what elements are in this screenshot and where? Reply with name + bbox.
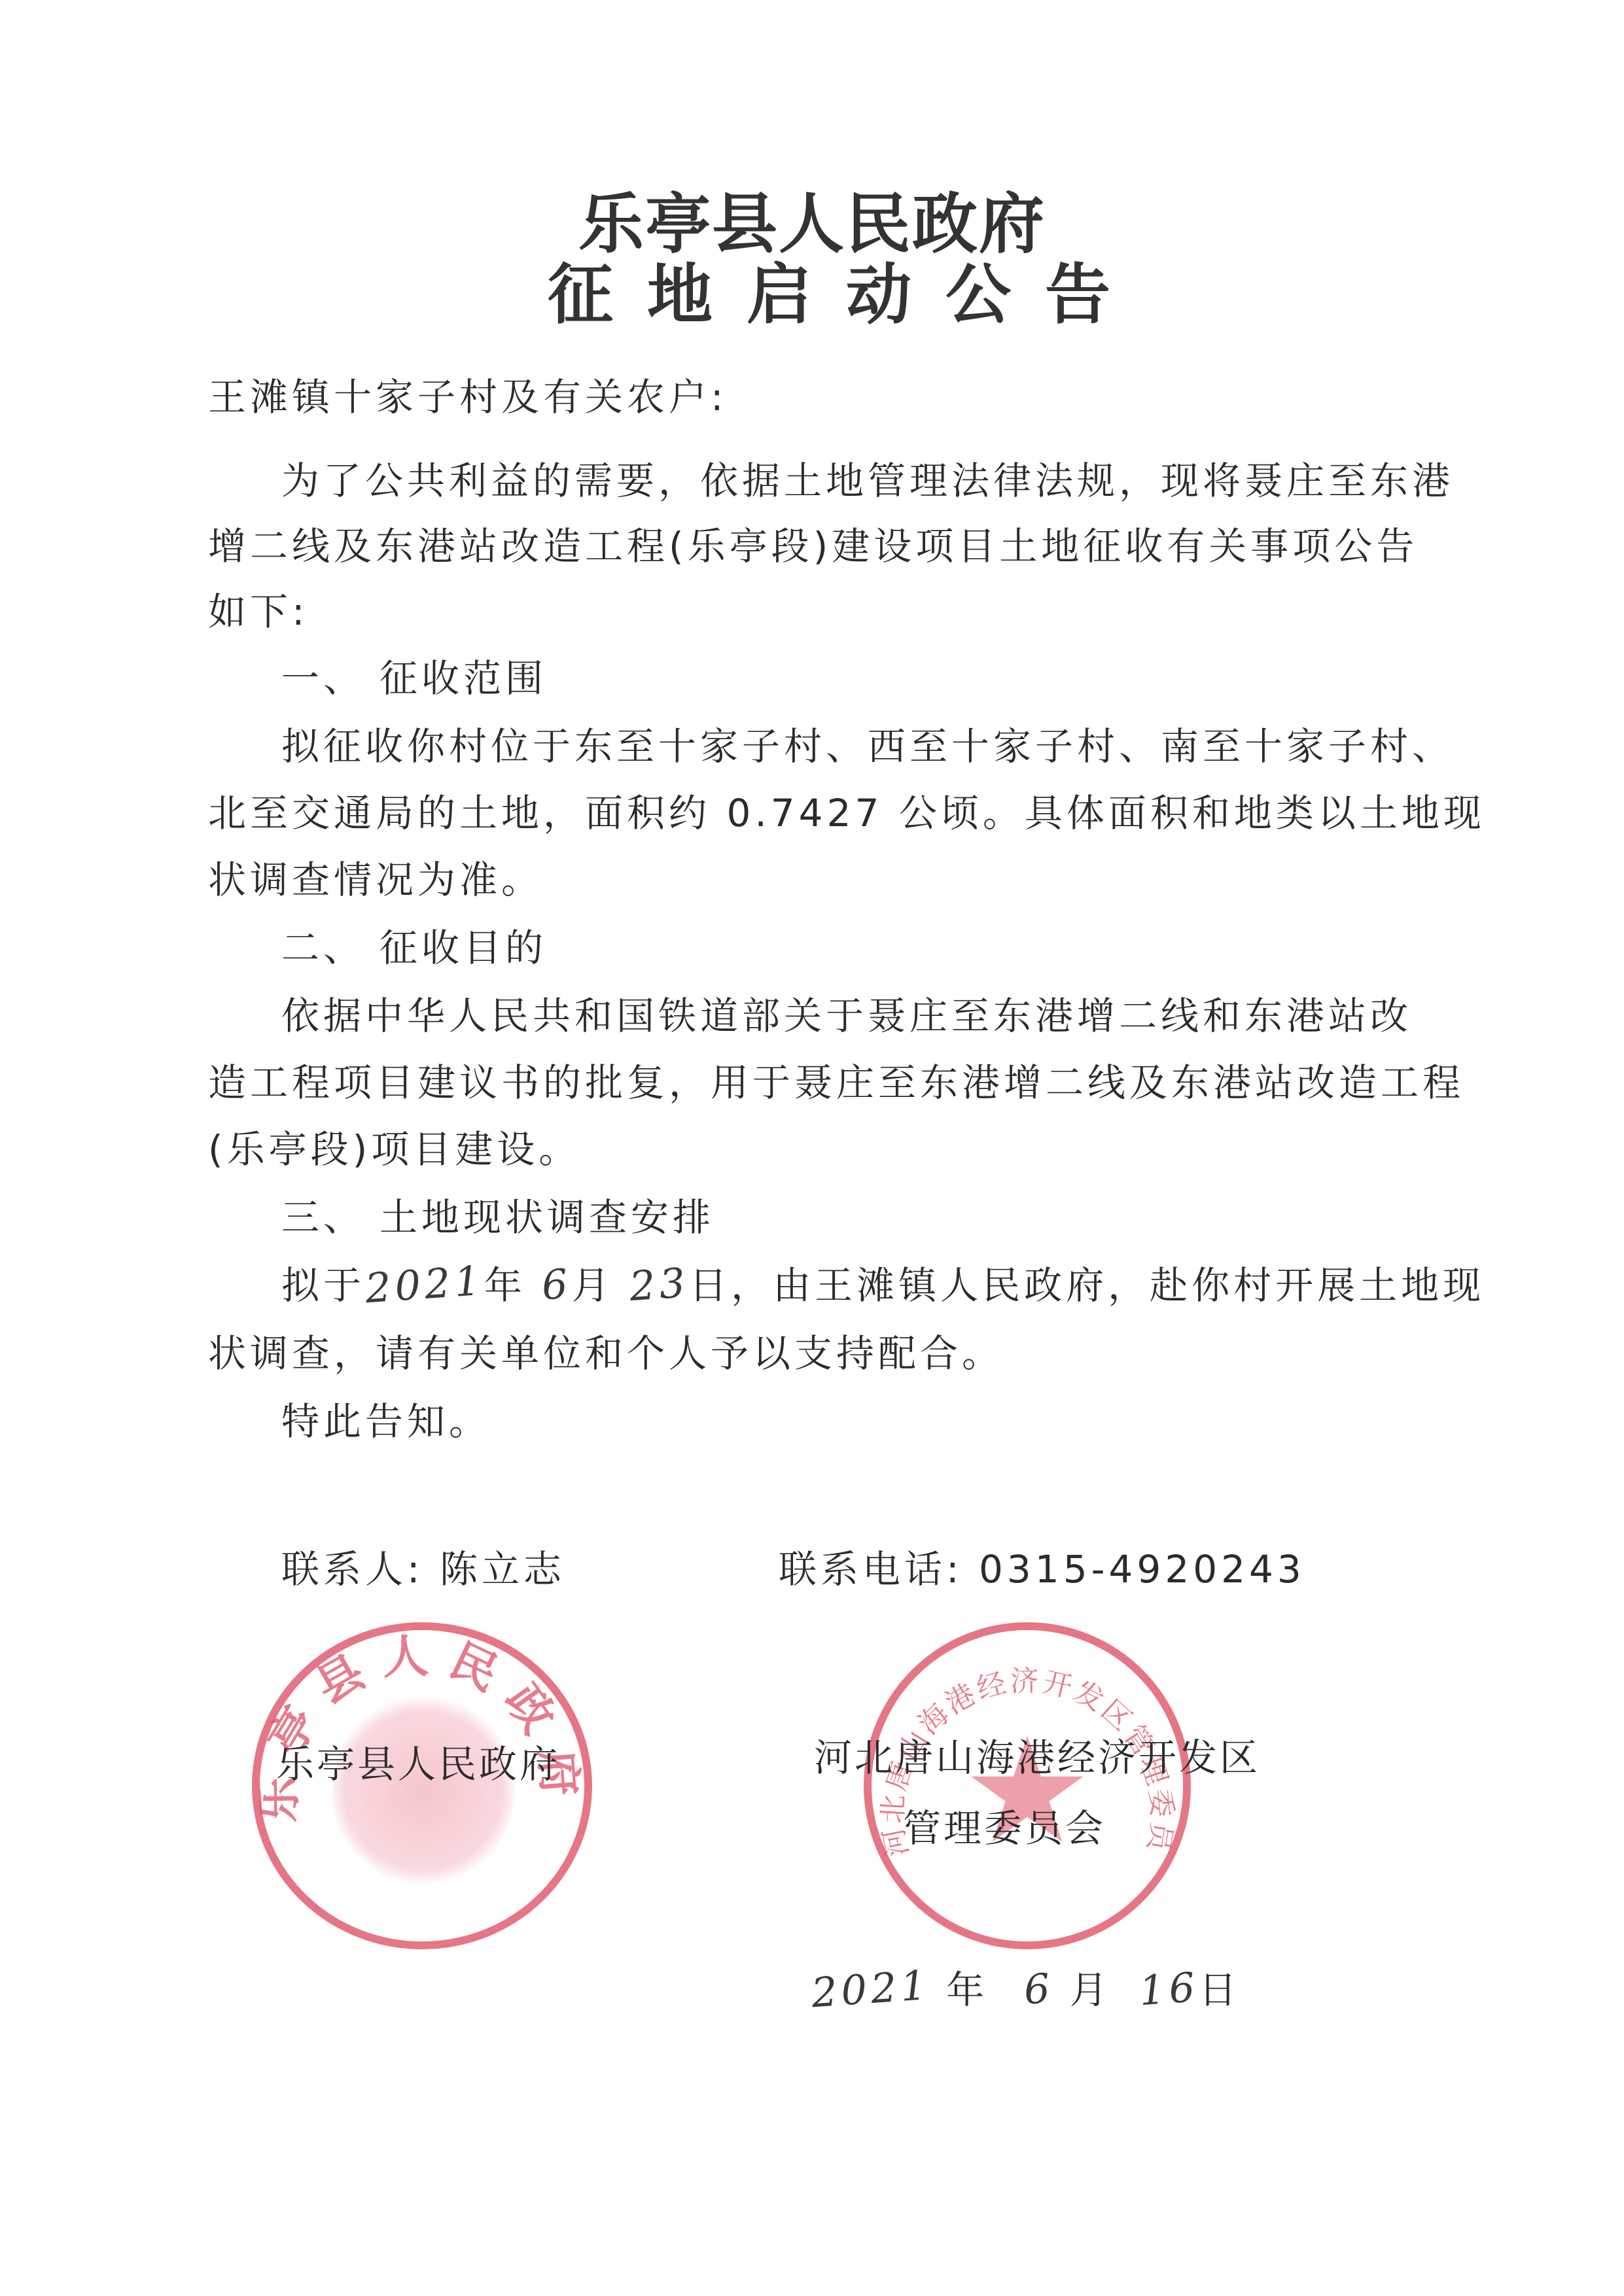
signatory-1-name: 乐亭县人民政府 (276, 1733, 560, 1788)
document-page: 乐亭县人民政府 征地启动公告 王滩镇十家子村及有关农户: 为了公共利益的需要，依… (0, 0, 1624, 2296)
signing-month-handwritten: 6 (1022, 1964, 1055, 2014)
contact-person: 联系人: 陈立志 (281, 1539, 565, 1593)
contact-person-name: 陈立志 (440, 1547, 565, 1592)
contact-phone-label: 联系电话: (779, 1547, 963, 1592)
contact-phone: 联系电话: 0315-4920243 (779, 1539, 1305, 1593)
section-3-line-2: 状调查，请有关单位和个人予以支持配合。 (208, 1323, 1004, 1378)
svg-text:乐亭县人民政府: 乐亭县人民政府 (260, 1630, 584, 1823)
survey-month-label: 月 (572, 1263, 614, 1308)
survey-year-label: 年 (484, 1263, 526, 1308)
seal-star-and-ring-icon: 河北唐山海港经济开发区管理委员会 (872, 1630, 1183, 1941)
contact-person-label: 联系人: (281, 1547, 424, 1592)
addressee: 王滩镇十家子村及有关农户: (208, 366, 728, 421)
signing-month-label: 月 (1070, 1968, 1112, 2012)
section-1-title: 征收范围 (380, 656, 547, 701)
signing-year-handwritten: 2021 (810, 1961, 932, 2017)
section-1-line-3: 状调查情况为准。 (208, 849, 543, 904)
section-1-number: 一、 (281, 648, 380, 703)
survey-suffix: 日，由王滩镇人民政府，赴你村开展土地现 (689, 1263, 1485, 1308)
intro-line-3: 如下: (208, 581, 309, 636)
section-3-number: 三、 (281, 1187, 380, 1242)
section-2-title: 征收目的 (380, 926, 547, 970)
contact-phone-number: 0315-4920243 (979, 1547, 1305, 1592)
signing-day-handwritten: 16 (1138, 1963, 1201, 2015)
signing-date: 2021 年 6 月 16日 (811, 1959, 1241, 2014)
haigang-committee-seal-icon: 河北唐山海港经济开发区管理委员会 (864, 1622, 1191, 1949)
survey-year-handwritten: 2021 (364, 1257, 485, 1313)
section-3-heading: 三、土地现状调查安排 (281, 1187, 715, 1242)
signing-day-label: 日 (1199, 1968, 1241, 2012)
section-1-heading: 一、征收范围 (281, 648, 547, 703)
intro-line-1: 为了公共利益的需要，依据土地管理法律法规，现将聂庄至东港 (281, 450, 1454, 505)
survey-prefix: 拟于 (281, 1263, 365, 1308)
survey-month-handwritten: 6 (540, 1260, 573, 1310)
closing: 特此告知。 (281, 1391, 491, 1446)
signing-year-label: 年 (946, 1968, 988, 2012)
section-2-line-2: 造工程项目建议书的批复，用于聂庄至东港增二线及东港站改造工程 (208, 1052, 1464, 1107)
section-2-heading: 二、征收目的 (281, 917, 547, 972)
section-3-line-1: 拟于2021年 6月 23日，由王滩镇人民政府，赴你村开展土地现 (281, 1255, 1485, 1310)
intro-line-2: 增二线及东港站改造工程(乐亭段)建设项目土地征收有关事项公告 (208, 515, 1418, 570)
signatory-2-name-line-1: 河北唐山海港经济开发区 (814, 1727, 1260, 1782)
notice-title: 征地启动公告 (0, 242, 1624, 336)
survey-day-handwritten: 23 (628, 1259, 691, 1310)
section-2-line-3: (乐亭段)项目建设。 (208, 1119, 580, 1174)
section-1-line-1: 拟征收你村位于东至十家子村、西至十家子村、南至十家子村、 (281, 716, 1454, 771)
section-2-line-1: 依据中华人民共和国铁道部关于聂庄至东港增二线和东港站改 (281, 985, 1412, 1040)
section-3-title: 土地现状调查安排 (380, 1195, 715, 1240)
section-1-line-2: 北至交通局的土地，面积约 0.7427 公顷。具体面积和地类以土地现 (208, 782, 1485, 837)
section-2-number: 二、 (281, 917, 380, 972)
signatory-2-name-line-2: 管理委员会 (903, 1798, 1106, 1852)
